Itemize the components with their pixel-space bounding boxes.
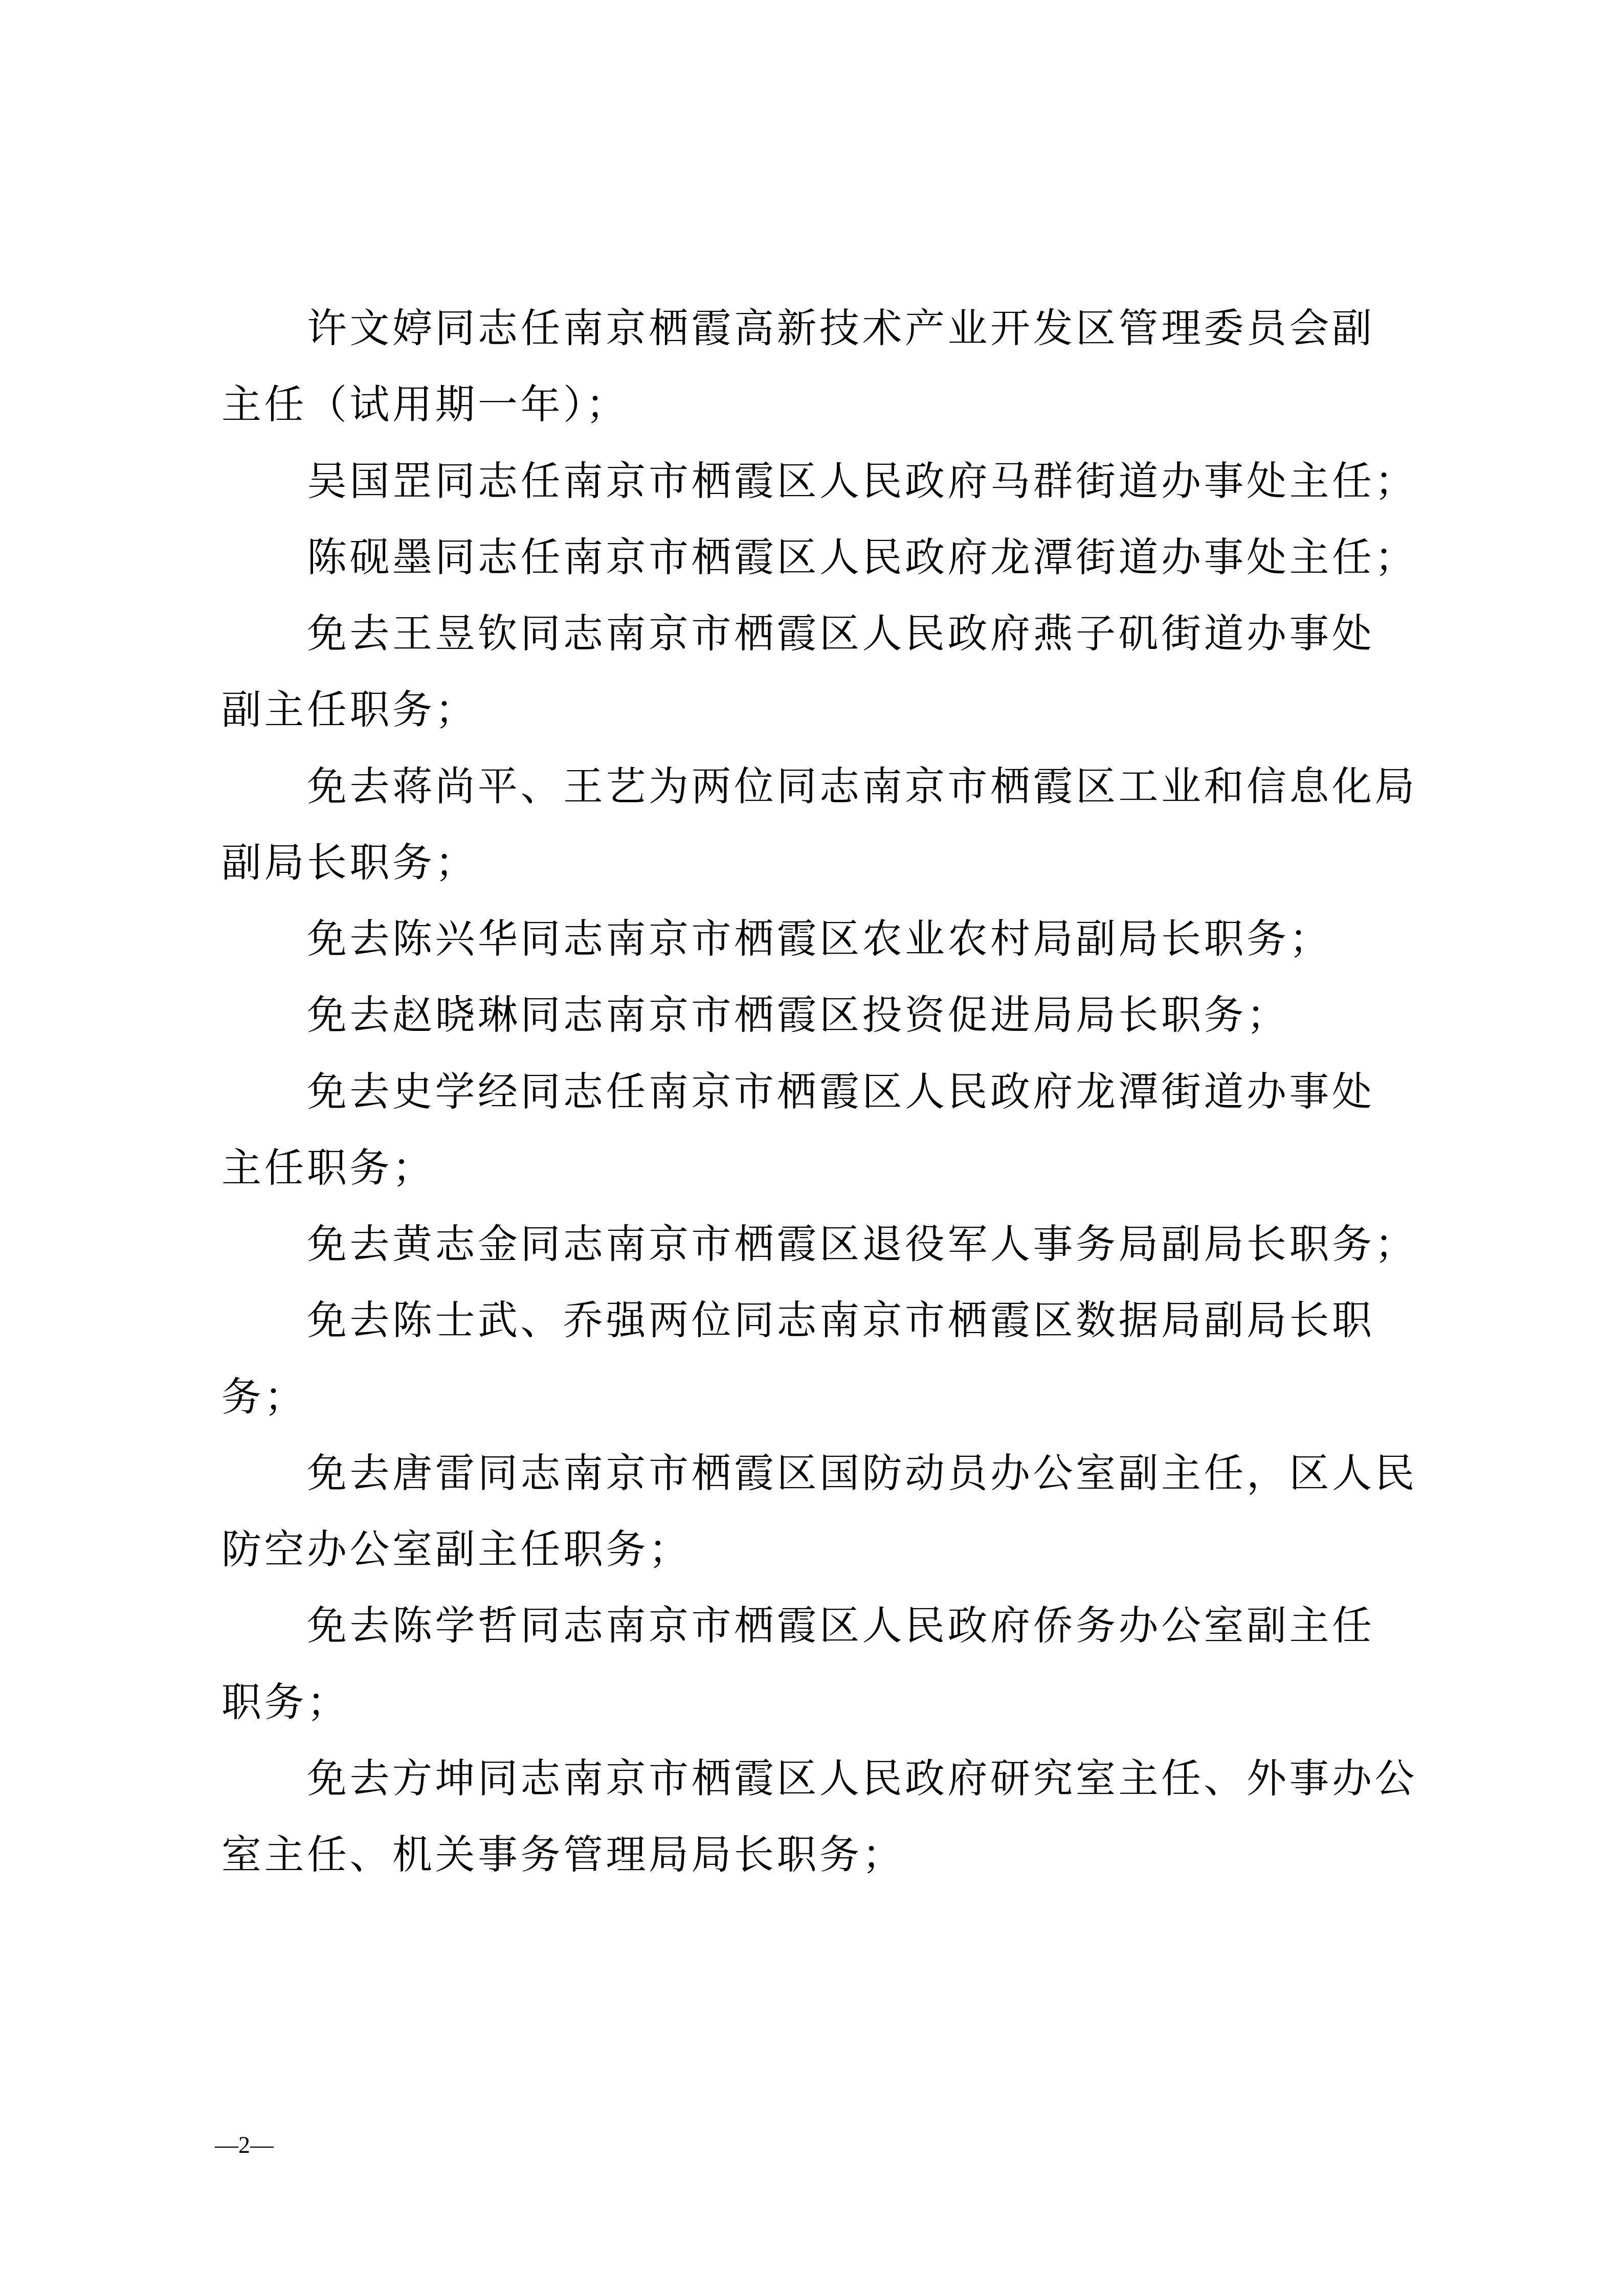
paragraph-7-line-1: 免去赵晓琳同志南京市栖霞区投资促进局局长职务； bbox=[307, 993, 1289, 1039]
paragraph-4-line-2: 副主任职务； bbox=[221, 687, 478, 733]
paragraph-5-line-2: 副局长职务； bbox=[221, 840, 478, 886]
paragraph-4-line-1: 免去王昱钦同志南京市栖霞区人民政府燕子矶街道办事处 bbox=[307, 611, 1375, 657]
paragraph-8-line-1: 免去史学经同志任南京市栖霞区人民政府龙潭街道办事处 bbox=[307, 1069, 1375, 1115]
paragraph-10-line-2: 务； bbox=[221, 1375, 307, 1421]
paragraph-12-line-2: 职务； bbox=[221, 1680, 350, 1726]
paragraph-5-line-1: 免去蒋尚平、王艺为两位同志南京市栖霞区工业和信息化局 bbox=[307, 764, 1417, 810]
document-page: 许文婷同志任南京栖霞高新技术产业开发区管理委员会副 主任（试用期一年）； 吴国罡… bbox=[0, 0, 1624, 2296]
paragraph-2-line-1: 吴国罡同志任南京市栖霞区人民政府马群街道办事处主任； bbox=[307, 459, 1417, 505]
page-number: —2— bbox=[215, 2130, 274, 2160]
paragraph-6-line-1: 免去陈兴华同志南京市栖霞区农业农村局副局长职务； bbox=[307, 916, 1332, 962]
paragraph-1-line-2: 主任（试用期一年）； bbox=[221, 382, 629, 428]
paragraph-11-line-1: 免去唐雷同志南京市栖霞区国防动员办公室副主任，区人民 bbox=[307, 1451, 1417, 1497]
paragraph-13-line-1: 免去方坤同志南京市栖霞区人民政府研究室主任、外事办公 bbox=[307, 1756, 1417, 1802]
paragraph-3-line-1: 陈砚墨同志任南京市栖霞区人民政府龙潭街道办事处主任； bbox=[307, 535, 1417, 581]
paragraph-9-line-1: 免去黄志金同志南京市栖霞区退役军人事务局副局长职务； bbox=[307, 1222, 1417, 1268]
paragraph-10-line-1: 免去陈士武、乔强两位同志南京市栖霞区数据局副局长职 bbox=[307, 1298, 1375, 1344]
paragraph-13-line-2: 室主任、机关事务管理局局长职务； bbox=[221, 1832, 905, 1878]
paragraph-12-line-1: 免去陈学哲同志南京市栖霞区人民政府侨务办公室副主任 bbox=[307, 1603, 1375, 1649]
paragraph-8-line-2: 主任职务； bbox=[221, 1145, 435, 1191]
paragraph-11-line-2: 防空办公室副主任职务； bbox=[221, 1527, 692, 1573]
paragraph-1-line-1: 许文婷同志任南京栖霞高新技术产业开发区管理委员会副 bbox=[307, 306, 1375, 352]
